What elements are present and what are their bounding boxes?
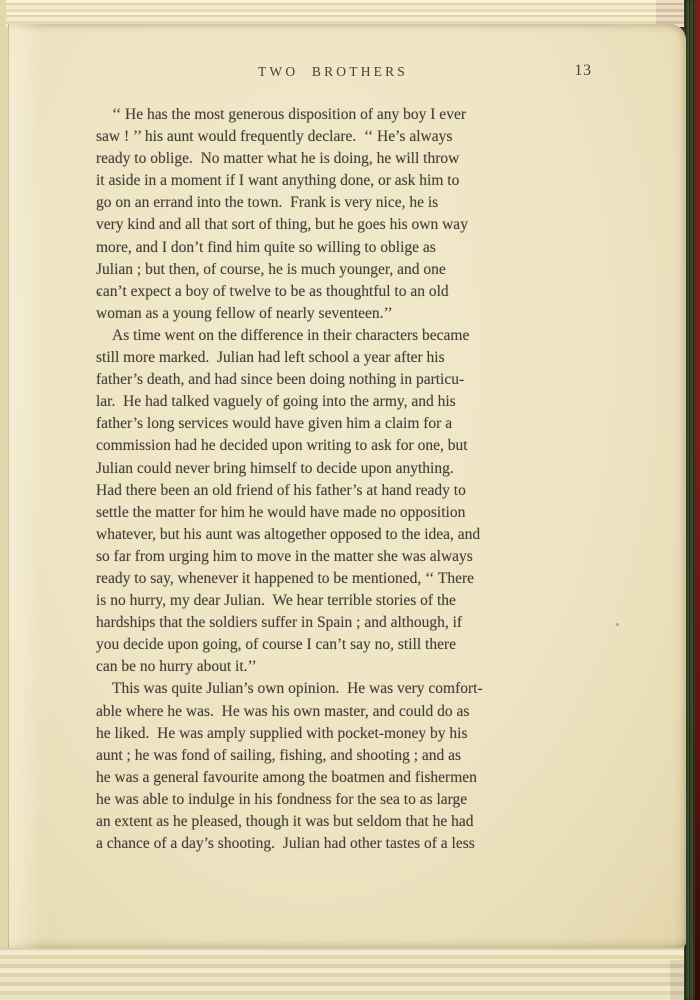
paragraph: ‘‘ He has the most generous disposition …: [96, 104, 586, 325]
text-line: very kind and all that sort of thing, bu…: [96, 214, 586, 236]
page-gutter: [8, 24, 43, 948]
text-line: saw ! ’’ his aunt would frequently decla…: [96, 126, 586, 148]
text-line: whatever, but his aunt was altogether op…: [96, 524, 586, 546]
book-photo: TWO BROTHERS 13 ‘‘ He has the most gener…: [0, 0, 700, 1000]
text-line: lar. He had talked vaguely of going into…: [96, 391, 586, 413]
text-line: can’t expect a boy of twelve to be as th…: [96, 281, 586, 303]
page-edges-top: [6, 0, 686, 27]
page-number: 13: [575, 62, 593, 80]
text-line: ready to oblige. No matter what he is do…: [96, 148, 586, 170]
text-line: Julian ; but then, of course, he is much…: [96, 259, 586, 281]
text-line: you decide upon going, of course I can’t…: [96, 634, 586, 656]
text-line: it aside in a moment if I want anything …: [96, 170, 586, 192]
text-line: ready to say, whenever it happened to be…: [96, 568, 586, 590]
text-line: Julian could never bring himself to deci…: [96, 458, 586, 480]
paragraph: This was quite Julian’s own opinion. He …: [96, 678, 586, 855]
paragraph: As time went on the difference in their …: [96, 325, 586, 679]
paper-speck: [616, 623, 619, 626]
text-line: can be no hurry about it.’’: [96, 656, 586, 678]
text-line: more, and I don’t find him quite so will…: [96, 237, 586, 259]
text-line: ‘‘ He has the most generous disposition …: [96, 104, 586, 126]
text-line: is no hurry, my dear Julian. We hear ter…: [96, 590, 586, 612]
text-line: woman as a young fellow of nearly sevent…: [96, 303, 586, 325]
text-line: still more marked. Julian had left schoo…: [96, 347, 586, 369]
text-line: As time went on the difference in their …: [96, 325, 586, 347]
text-line: Had there been an old friend of his fath…: [96, 480, 586, 502]
running-header: TWO BROTHERS: [88, 64, 578, 80]
book-page: TWO BROTHERS 13 ‘‘ He has the most gener…: [8, 24, 686, 948]
text-line: so far from urging him to move in the ma…: [96, 546, 586, 568]
text-line: he was a general favourite among the boa…: [96, 767, 586, 789]
text-line: settle the matter for him he would have …: [96, 502, 586, 524]
page-text: ‘‘ He has the most generous disposition …: [96, 104, 586, 855]
page-edges-bottom: [0, 946, 690, 1000]
text-line: father’s long services would have given …: [96, 413, 586, 435]
paper-speck: [97, 292, 101, 295]
book-cover-edge: [695, 0, 700, 1000]
text-line: a chance of a day’s shooting. Julian had…: [96, 833, 586, 855]
text-line: This was quite Julian’s own opinion. He …: [96, 678, 586, 700]
text-line: able where he was. He was his own master…: [96, 701, 586, 723]
text-line: father’s death, and had since been doing…: [96, 369, 586, 391]
text-line: aunt ; he was fond of sailing, fishing, …: [96, 745, 586, 767]
text-line: commission had he decided upon writing t…: [96, 435, 586, 457]
text-line: hardships that the soldiers suffer in Sp…: [96, 612, 586, 634]
text-line: go on an errand into the town. Frank is …: [96, 192, 586, 214]
text-line: he was able to indulge in his fondness f…: [96, 789, 586, 811]
text-line: an extent as he pleased, though it was b…: [96, 811, 586, 833]
text-line: he liked. He was amply supplied with poc…: [96, 723, 586, 745]
page-header: TWO BROTHERS 13: [96, 64, 586, 84]
